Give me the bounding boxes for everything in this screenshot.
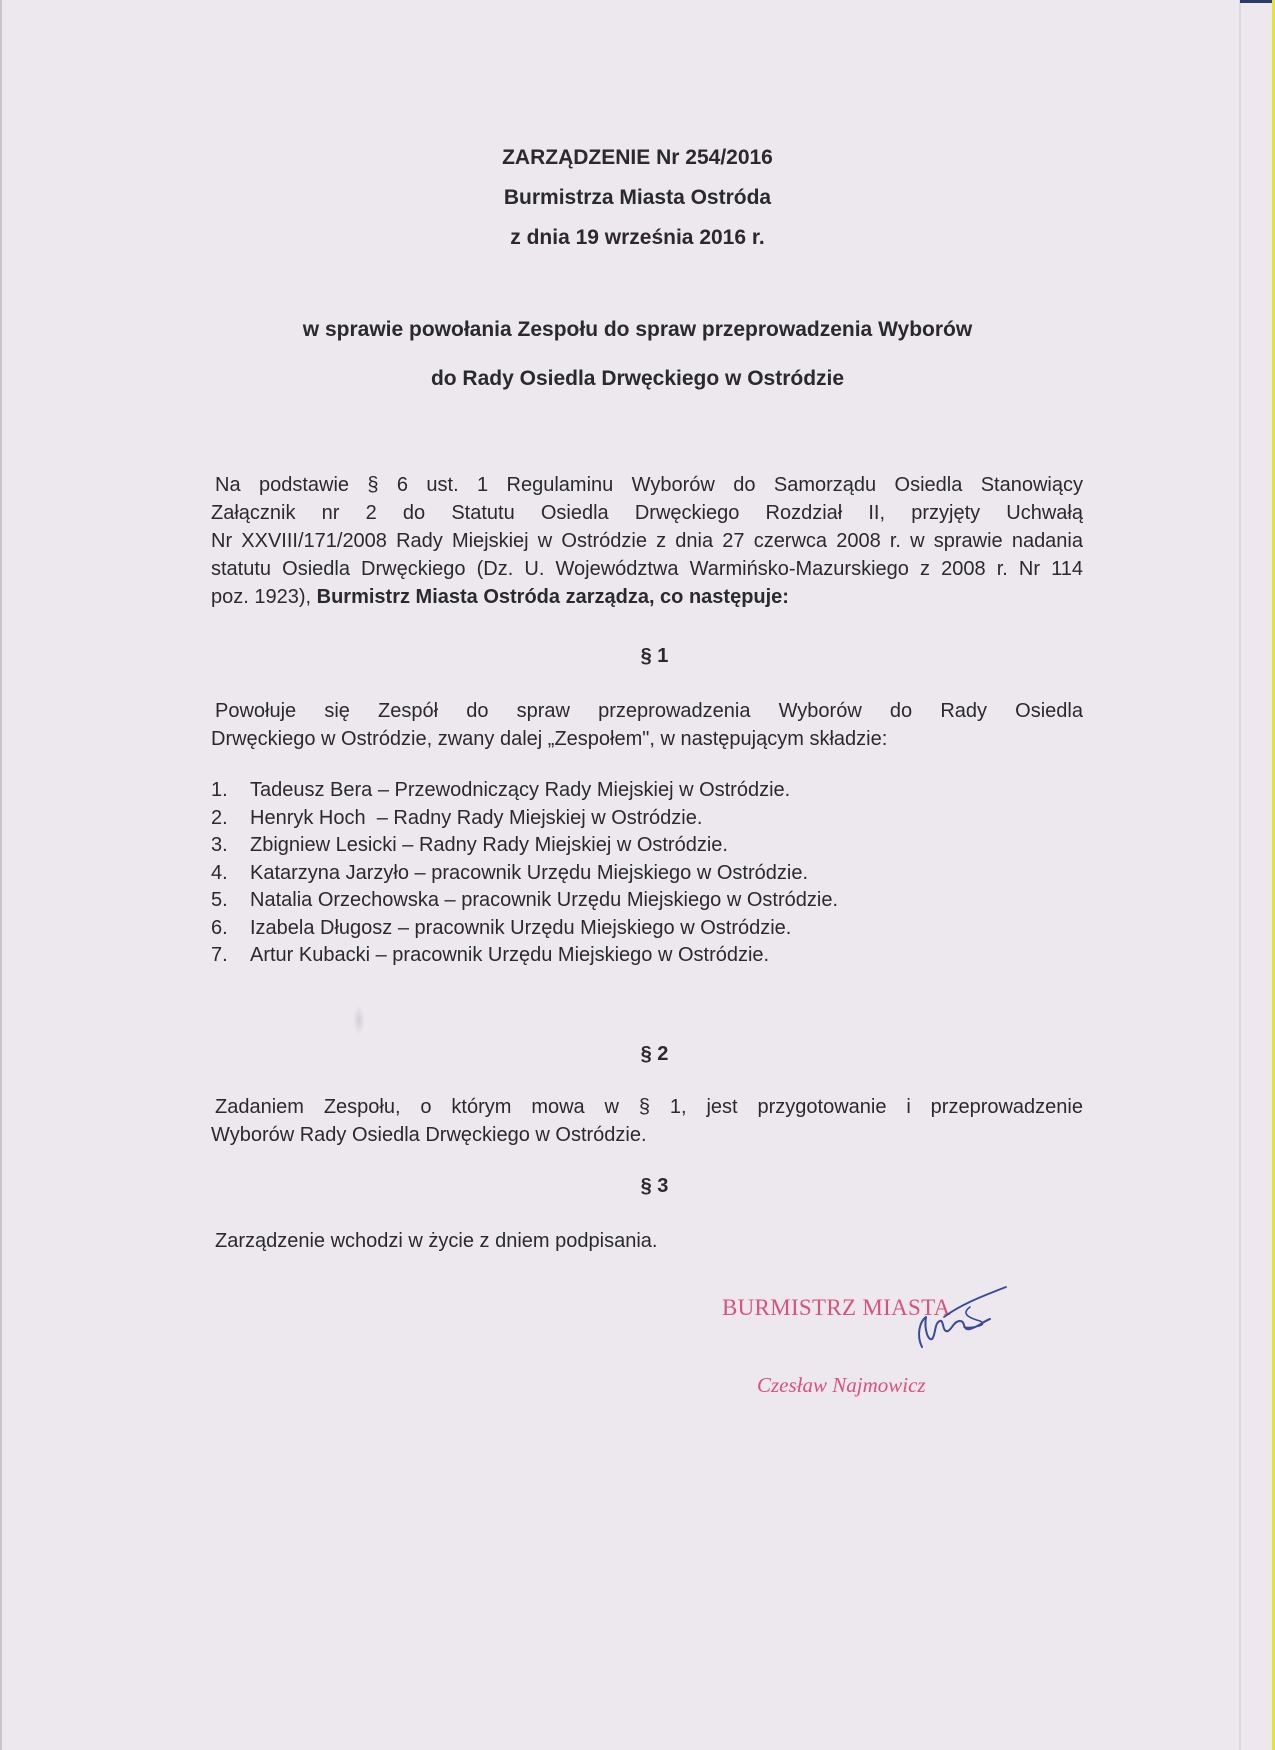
list-item: 7.Artur Kubacki – pracownik Urzędu Miejs… <box>211 942 838 970</box>
legal-basis-line: Nr XXVIII/171/2008 Rady Miejskiej w Ostr… <box>211 527 1083 555</box>
section-1-line: Drwęckiego w Ostródzie, zwany dalej „Zes… <box>211 725 1083 753</box>
section-3-paragraph: Zarządzenie wchodzi w życie z dniem podp… <box>215 1227 1087 1255</box>
stamp-signatory-name: Czesław Najmowicz <box>757 1373 926 1398</box>
section-2-line: Wyborów Rady Osiedla Drwęckiego w Ostród… <box>211 1121 1083 1149</box>
list-item-number: 1. <box>211 777 250 805</box>
document-issuer: Burmistrza Miasta Ostróda <box>0 186 1275 210</box>
list-item-number: 7. <box>211 942 250 970</box>
list-item-text: Natalia Orzechowska – pracownik Urzędu M… <box>250 887 838 915</box>
list-item-number: 2. <box>211 805 250 833</box>
section-1-line: Powołuje się Zespół do spraw przeprowadz… <box>211 697 1083 725</box>
list-item-text: Zbigniew Lesicki – Radny Rady Miejskiej … <box>250 832 728 860</box>
list-item-number: 5. <box>211 887 250 915</box>
legal-basis-line: Załącznik nr 2 do Statutu Osiedla Drwęck… <box>211 499 1083 527</box>
legal-basis-paragraph: Na podstawie § 6 ust. 1 Regulaminu Wybor… <box>211 471 1083 611</box>
section-1-sign: § 1 <box>0 645 1275 668</box>
scan-fold-line <box>1239 0 1241 1750</box>
list-item: 6.Izabela Długosz – pracownik Urzędu Mie… <box>211 915 838 943</box>
list-item-number: 4. <box>211 860 250 888</box>
list-item-text: Henryk Hoch – Radny Rady Miejskiej w Ost… <box>250 805 702 833</box>
list-item: 4.Katarzyna Jarzyło – pracownik Urzędu M… <box>211 860 838 888</box>
scan-edge-left <box>0 0 2 1750</box>
list-item-text: Izabela Długosz – pracownik Urzędu Miejs… <box>250 915 791 943</box>
section-2-sign: § 2 <box>0 1043 1275 1066</box>
list-item-text: Katarzyna Jarzyło – pracownik Urzędu Mie… <box>250 860 808 888</box>
scanned-document-page: ZARZĄDZENIE Nr 254/2016 Burmistrza Miast… <box>0 0 1275 1750</box>
list-item-text: Tadeusz Bera – Przewodniczący Rady Miejs… <box>250 777 790 805</box>
list-item: 5.Natalia Orzechowska – pracownik Urzędu… <box>211 887 838 915</box>
list-item-text: Artur Kubacki – pracownik Urzędu Miejski… <box>250 942 769 970</box>
section-3-line: Zarządzenie wchodzi w życie z dniem podp… <box>215 1227 1087 1255</box>
legal-basis-line-last: poz. 1923), Burmistrz Miasta Ostróda zar… <box>211 583 1083 611</box>
document-title: ZARZĄDZENIE Nr 254/2016 <box>0 146 1275 170</box>
handwritten-signature-icon <box>820 1277 1010 1367</box>
document-subject-line-2: do Rady Osiedla Drwęckiego w Ostródzie <box>0 367 1275 391</box>
team-member-list: 1.Tadeusz Bera – Przewodniczący Rady Mie… <box>211 777 838 970</box>
section-3-sign: § 3 <box>0 1175 1275 1198</box>
legal-basis-line: statutu Osiedla Drwęckiego (Dz. U. Wojew… <box>211 555 1083 583</box>
legal-basis-citation: poz. 1923), <box>211 586 317 608</box>
document-date: z dnia 19 września 2016 r. <box>0 226 1275 250</box>
list-item: 3.Zbigniew Lesicki – Radny Rady Miejskie… <box>211 832 838 860</box>
scan-edge-top <box>1240 0 1275 3</box>
section-1-paragraph: Powołuje się Zespół do spraw przeprowadz… <box>211 697 1083 753</box>
scan-smudge <box>353 1005 365 1035</box>
legal-basis-enactment: Burmistrz Miasta Ostróda zarządza, co na… <box>317 586 789 608</box>
list-item-number: 6. <box>211 915 250 943</box>
list-item: 2.Henryk Hoch – Radny Rady Miejskiej w O… <box>211 805 838 833</box>
list-item-number: 3. <box>211 832 250 860</box>
section-2-line: Zadaniem Zespołu, o którym mowa w § 1, j… <box>211 1093 1083 1121</box>
legal-basis-line: Na podstawie § 6 ust. 1 Regulaminu Wybor… <box>211 471 1083 499</box>
official-stamp: BURMISTRZ MIASTA Czesław Najmowicz <box>720 1295 1020 1415</box>
document-subject-line-1: w sprawie powołania Zespołu do spraw prz… <box>0 318 1275 342</box>
section-2-paragraph: Zadaniem Zespołu, o którym mowa w § 1, j… <box>211 1093 1083 1149</box>
list-item: 1.Tadeusz Bera – Przewodniczący Rady Mie… <box>211 777 838 805</box>
